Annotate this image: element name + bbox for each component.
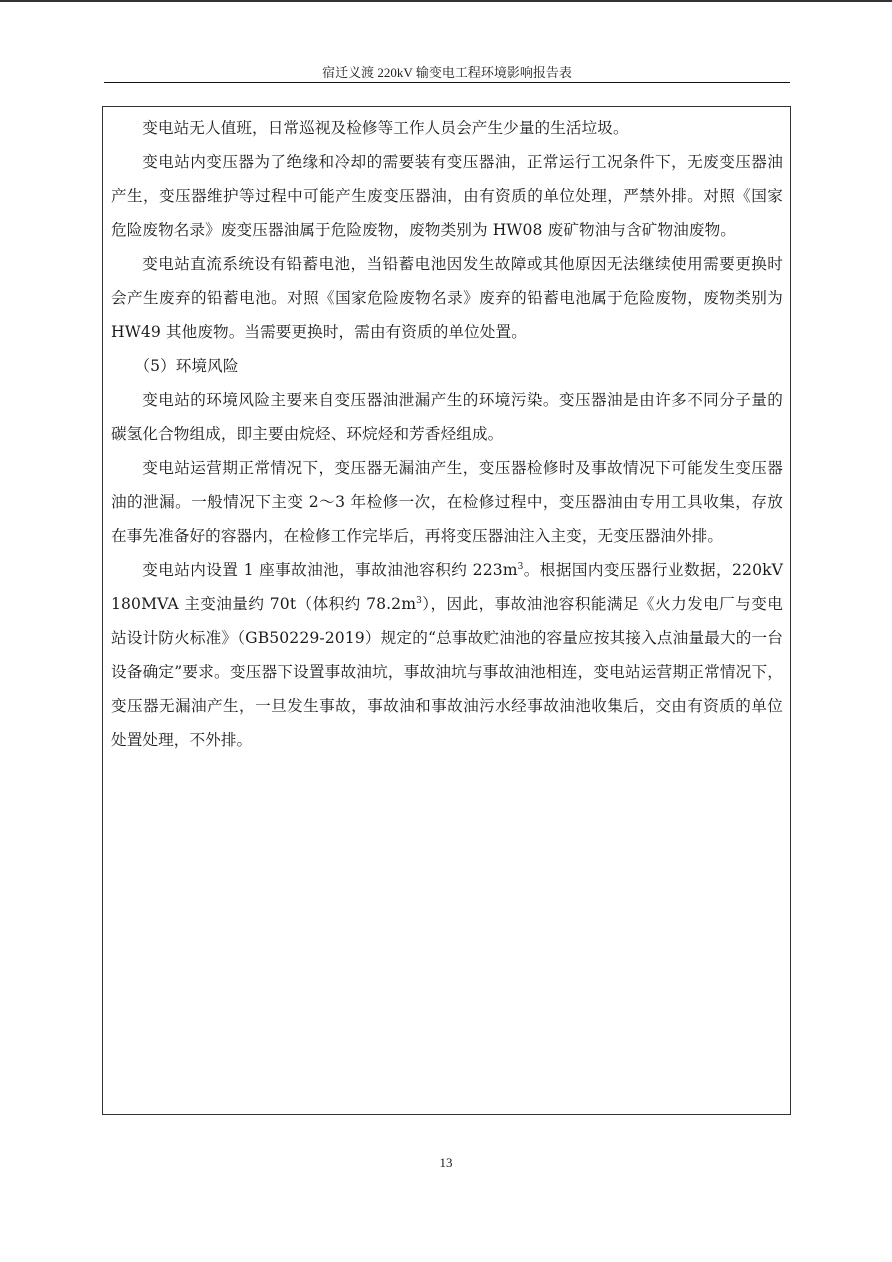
header-rule xyxy=(104,82,790,83)
text-run: ），因此，事故油池容积能满足《火力发电厂与变电站设计防火标准》（GB50229-… xyxy=(111,595,783,749)
page-number: 13 xyxy=(0,1155,892,1171)
paragraph-transformer-oil: 变电站内变压器为了绝缘和冷却的需要装有变压器油，正常运行工况条件下，无废变压器油… xyxy=(111,145,783,247)
paragraph-lead-battery: 变电站直流系统设有铅蓄电池，当铅蓄电池因发生故障或其他原因无法继续使用需要更换时… xyxy=(111,247,783,349)
paragraph-domestic-waste: 变电站无人值班，日常巡视及检修等工作人员会产生少量的生活垃圾。 xyxy=(111,111,783,145)
paragraph-risk-source: 变电站的环境风险主要来自变压器油泄漏产生的环境污染。变压器油是由许多不同分子量的… xyxy=(111,383,783,451)
content-table-cell: 变电站无人值班，日常巡视及检修等工作人员会产生少量的生活垃圾。 变电站内变压器为… xyxy=(102,106,791,1115)
page-top-edge xyxy=(0,0,892,2)
paragraph-emergency-oil-pool: 变电站内设置 1 座事故油池，事故油池容积约 223m3。根据国内变压器行业数据… xyxy=(111,553,783,757)
running-header-title: 宿迁义渡 220kV 输变电工程环境影响报告表 xyxy=(104,62,790,81)
paragraph-maintenance-leak: 变电站运营期正常情况下，变压器无漏油产生，变压器检修时及事故情况下可能发生变压器… xyxy=(111,451,783,553)
section-heading-environmental-risk: （5）环境风险 xyxy=(111,349,783,383)
body-text: 变电站无人值班，日常巡视及检修等工作人员会产生少量的生活垃圾。 变电站内变压器为… xyxy=(111,111,783,757)
text-run: 变电站内设置 1 座事故油池，事故油池容积约 223m xyxy=(142,561,517,579)
